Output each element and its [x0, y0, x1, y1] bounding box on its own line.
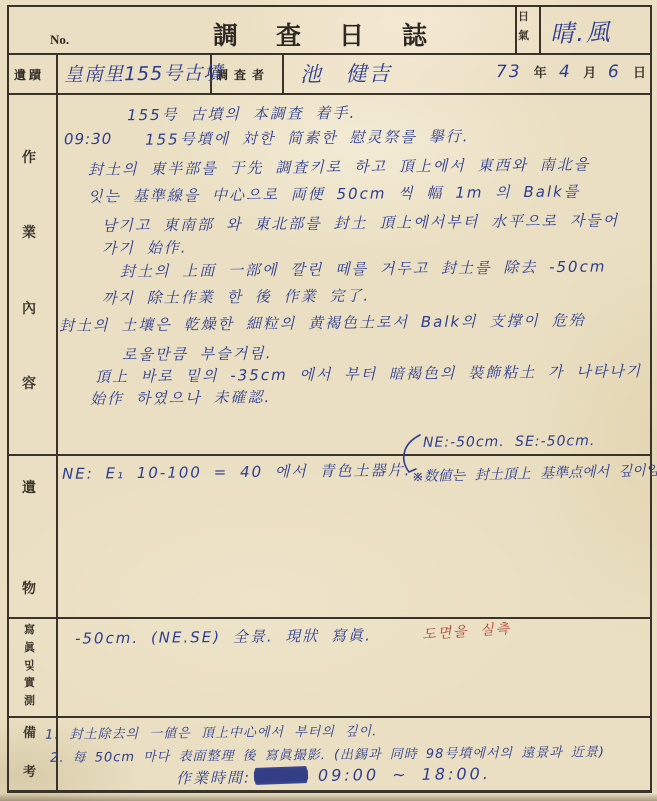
page-title: 調査日誌: [213, 16, 465, 52]
rule-inforow-bottom: [7, 93, 652, 95]
paper-edge-shadow: [0, 793, 657, 801]
work-line: 155号 古墳의 本調査 着手.: [127, 102, 356, 125]
section-label-artifacts: 遺 物: [22, 482, 36, 597]
date-month: 4: [558, 62, 571, 82]
work-line: 封土의 東半部를 于先 調査키로 하고 頂上에서 東西와 南北을: [88, 153, 590, 179]
rule-weather-cell-left: [515, 5, 517, 55]
work-time-label: 作業時間:: [176, 767, 251, 789]
weather-label: 日 氣: [518, 12, 529, 42]
work-time-value: 09:00 ~ 18:00.: [318, 764, 491, 785]
work-line: 잇는 基準線을 中心으로 両便 50cm 씩 幅 1m 의 Balk를: [88, 180, 580, 206]
work-line: 로울만큼 부슬거림.: [122, 342, 273, 365]
section-label-photo: 寫 眞 및 實 測: [24, 625, 35, 707]
remarks-line-2: 2. 每 50cm 마다 表面整理 後 寫眞撮影. (出錫과 同時 98号墳에서…: [50, 741, 605, 766]
work-line: 頂上 바로 밑의 -35cm 에서 부터 暗褐色의 裝飾粘土 가 나타나기: [95, 360, 642, 387]
work-line: 封土의 上面 一部에 깔린 떼를 거두고 封土를 除去 -50cm: [120, 255, 607, 281]
date-month-unit: 月: [583, 62, 596, 81]
remarks-line-1: 1. 封土除去의 一値은 頂上中心에서 부터의 깊이.: [45, 720, 377, 742]
artifact-depth-note: NE:-50cm. SE:-50cm.: [423, 433, 595, 451]
photo-line: -50cm. (NE.SE) 全景. 現狀 寫眞.: [75, 624, 372, 648]
rule-remarks-top: [7, 716, 652, 718]
crossed-out-scribble: [254, 768, 308, 783]
date-row: 73 年 4 月 6 日: [496, 62, 646, 82]
work-line: 까지 除土作業 한 後 作業 完了.: [102, 285, 370, 309]
rule-artifacts-top: [7, 454, 652, 456]
work-line: 155号墳에 対한 简素한 慰灵祭를 擧行.: [145, 125, 470, 149]
section-label-work: 作 業 內 容: [22, 152, 36, 392]
rule-weather-cell-divider: [539, 5, 541, 55]
work-line: 남기고 東南部 와 東北部를 封土 頂上에서부터 水平으로 자들어: [102, 209, 619, 235]
survey-diary-page: No. 調査日誌 日 氣 晴.風 遺蹟 皇南里155号古墳 調査者 池 健吉 7…: [0, 0, 657, 801]
artifact-find-line: NE: E₁ 10-100 = 40 에서 青色土器片.: [62, 459, 412, 484]
work-line: 始作 하였으나 未確認.: [90, 386, 271, 409]
photo-red-note: 도면을 실측: [421, 618, 511, 644]
weather-value: 晴.風: [549, 12, 612, 49]
border-left: [7, 5, 9, 793]
border-top: [7, 5, 652, 7]
date-day-unit: 日: [633, 62, 646, 81]
work-line: 封土의 土壤은 乾燥한 細粒의 黄褐色土로서 Balk의 支撑이 危殆: [59, 309, 586, 336]
work-line: 가기 始作.: [102, 237, 188, 259]
border-right: [650, 5, 652, 793]
date-year: 73: [496, 62, 522, 82]
date-year-unit: 年: [534, 62, 547, 81]
work-time-mark: 09:30: [64, 130, 112, 149]
rule-label-column: [56, 53, 58, 792]
rule-header-bottom: [7, 53, 652, 55]
rule-surveyor-right: [282, 53, 284, 95]
section-label-remarks: 備 考: [23, 726, 36, 778]
surveyor-label: 調査者: [216, 66, 270, 83]
site-label: 遺蹟: [14, 66, 44, 83]
surveyor-value: 池 健吉: [300, 58, 392, 89]
no-label: No.: [50, 32, 69, 48]
date-day: 6: [608, 62, 621, 82]
artifact-ref-note: ※数値는 封土頂上 基準点에서 깊이임: [412, 460, 657, 486]
rule-photo-top: [7, 617, 652, 619]
site-value: 皇南里155号古墳: [64, 58, 224, 87]
